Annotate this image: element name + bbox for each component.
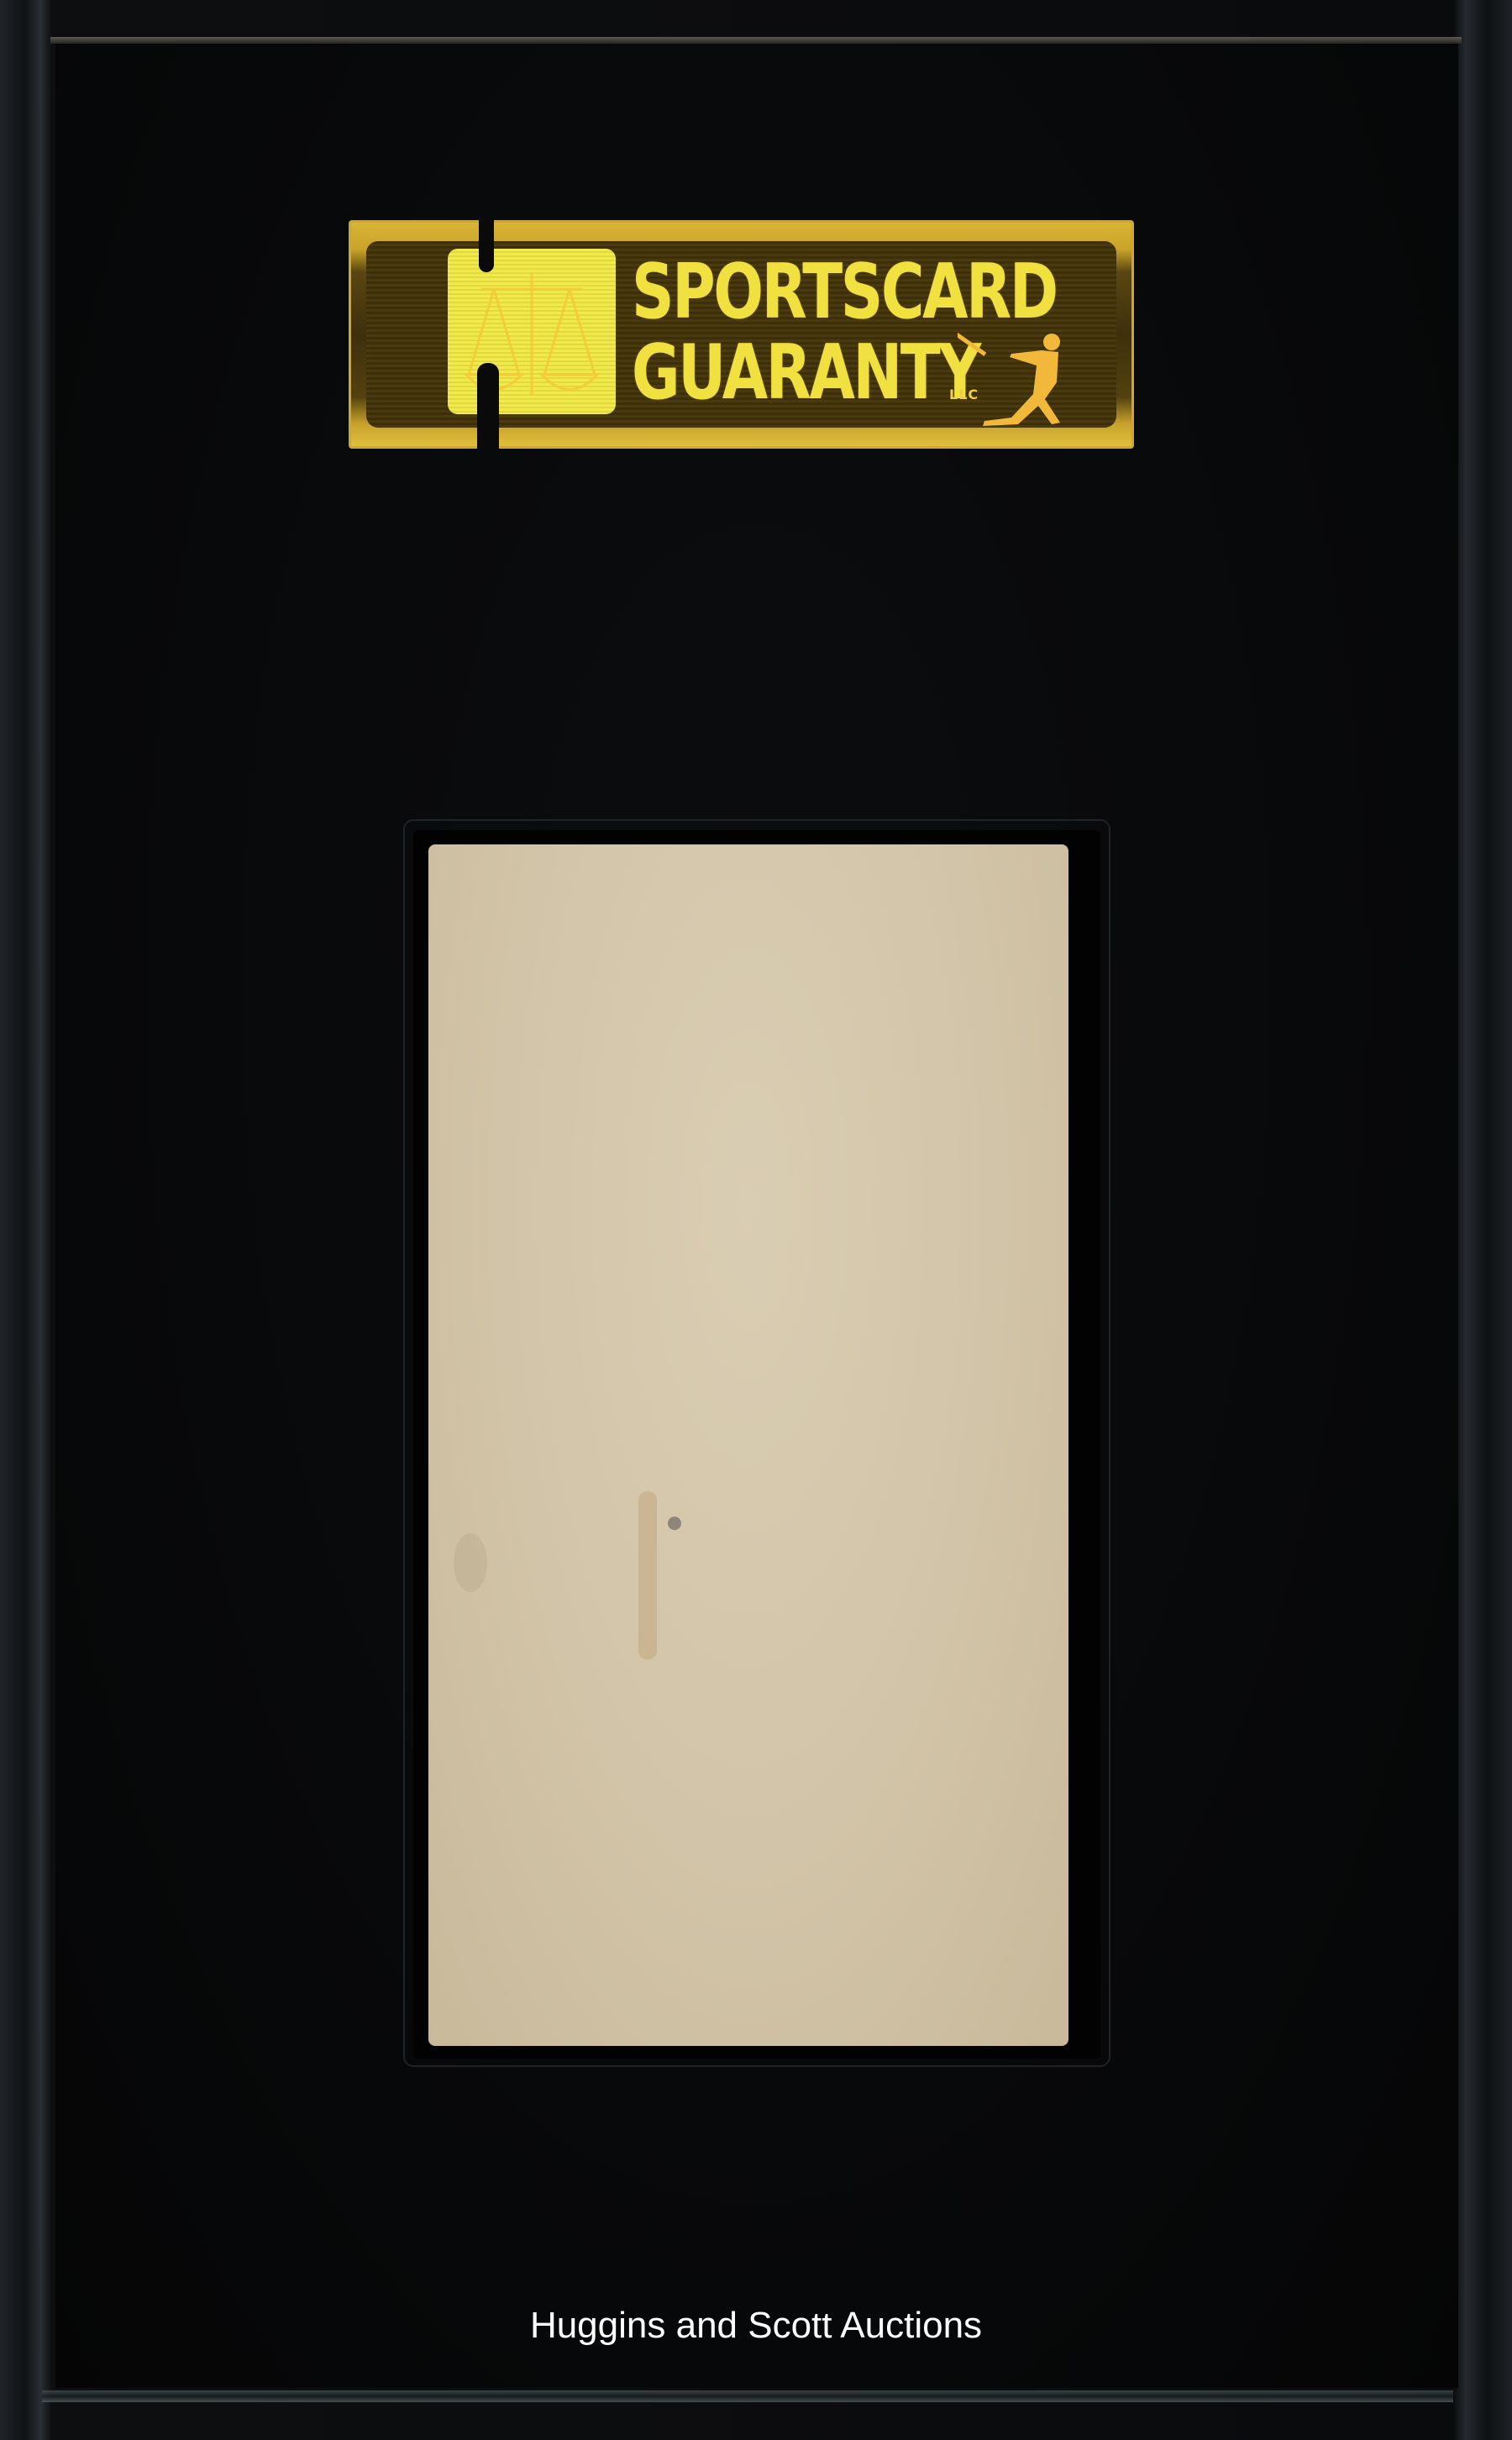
auction-watermark: Huggins and Scott Auctions xyxy=(0,2304,1512,2348)
holder-top-rail xyxy=(50,37,1462,44)
label-tape-mark xyxy=(479,220,494,272)
scales-of-justice-icon xyxy=(448,249,616,414)
holder-bottom-rail xyxy=(42,2390,1453,2402)
batter-silhouette-icon xyxy=(958,315,1075,433)
card-stain xyxy=(638,1491,657,1659)
card-stain xyxy=(454,1533,487,1592)
label-tape-mark xyxy=(477,363,499,450)
card-stain xyxy=(668,1517,681,1530)
trading-card-back xyxy=(428,844,1068,2046)
